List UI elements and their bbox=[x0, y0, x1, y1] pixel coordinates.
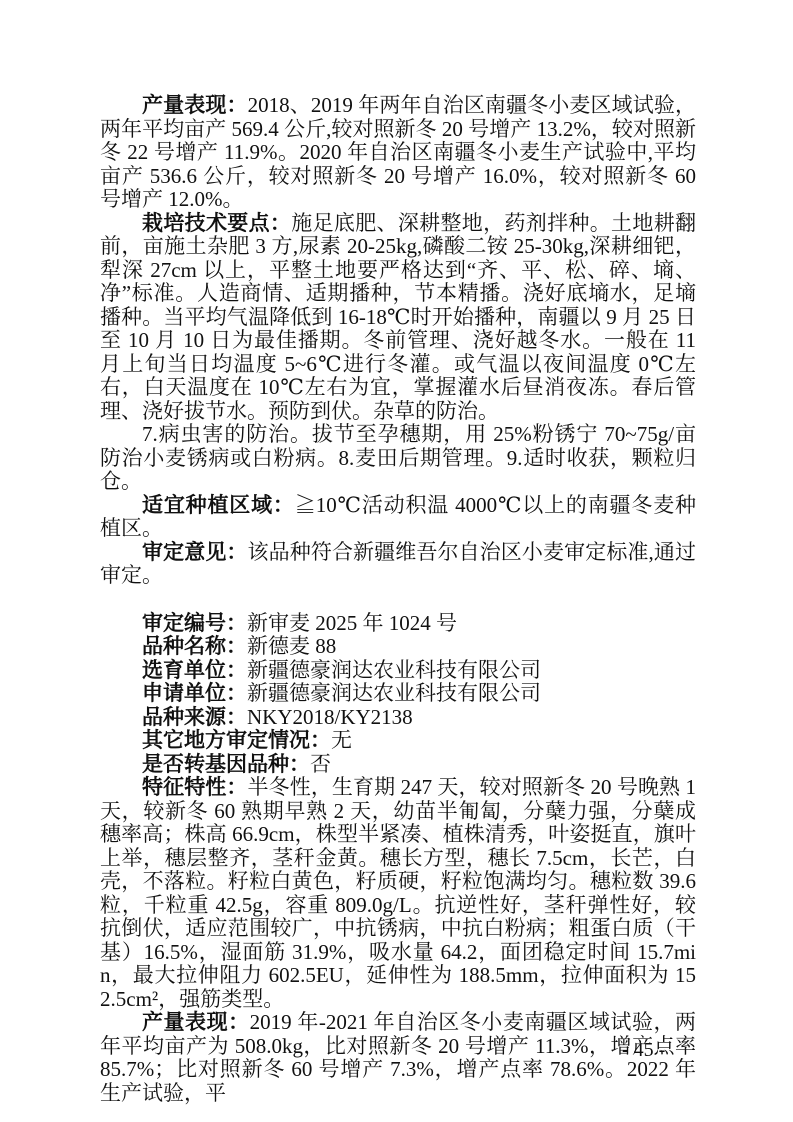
paragraph-approval-opinion: 审定意见：该品种符合新疆维吾尔自治区小麦审定标准,通过审定。 bbox=[100, 541, 696, 588]
field-value: 新审麦 2025 年 1024 号 bbox=[247, 611, 457, 635]
field-value: 新疆德豪润达农业科技有限公司 bbox=[247, 681, 541, 705]
field-value: 新疆德豪润达农业科技有限公司 bbox=[247, 658, 541, 682]
page-number: - 45 - bbox=[622, 1038, 665, 1062]
field-label: 是否转基因品种： bbox=[142, 752, 310, 776]
field-value: 无 bbox=[331, 728, 352, 752]
field-variety-name: 品种名称：新德麦 88 bbox=[100, 635, 696, 659]
field-breeding-unit: 选育单位：新疆德豪润达农业科技有限公司 bbox=[100, 659, 696, 683]
paragraph-label: 适宜种植区域： bbox=[142, 493, 295, 517]
field-label: 审定编号： bbox=[142, 611, 247, 635]
paragraph-cultivation: 栽培技术要点：施足底肥、深耕整地，药剂拌种。土地耕翻前，亩施土杂肥 3 方,尿素… bbox=[100, 212, 696, 424]
paragraph-text: 施足底肥、深耕整地，药剂拌种。土地耕翻前，亩施土杂肥 3 方,尿素 20-25k… bbox=[100, 211, 696, 423]
field-value: 否 bbox=[310, 752, 331, 776]
paragraph-text: 半冬性，生育期 247 天，较对照新冬 20 号晚熟 1 天，较新冬 60 熟期… bbox=[100, 775, 696, 1011]
field-applicant-unit: 申请单位：新疆德豪润达农业科技有限公司 bbox=[100, 682, 696, 706]
field-other-approvals: 其它地方审定情况：无 bbox=[100, 729, 696, 753]
field-label: 品种名称： bbox=[142, 634, 247, 658]
paragraph-characteristics: 特征特性：半冬性，生育期 247 天，较对照新冬 20 号晚熟 1 天，较新冬 … bbox=[100, 776, 696, 1011]
paragraph-label: 产量表现： bbox=[142, 1010, 250, 1034]
paragraph-suitable-region: 适宜种植区域：≧10℃活动积温 4000℃以上的南疆冬麦种植区。 bbox=[100, 494, 696, 541]
paragraph-label: 栽培技术要点： bbox=[142, 211, 291, 235]
field-transgenic: 是否转基因品种：否 bbox=[100, 753, 696, 777]
text-block: 产量表现：2018、2019 年两年自治区南疆冬小麦区域试验，两年平均亩产 56… bbox=[100, 94, 696, 1105]
field-label: 品种来源： bbox=[142, 705, 247, 729]
paragraph-label: 审定意见： bbox=[142, 540, 248, 564]
field-value: 新德麦 88 bbox=[247, 634, 336, 658]
field-variety-source: 品种来源：NKY2018/KY2138 bbox=[100, 706, 696, 730]
paragraph-label: 特征特性： bbox=[142, 775, 248, 799]
paragraph-label: 产量表现： bbox=[142, 93, 248, 117]
field-label: 其它地方审定情况： bbox=[142, 728, 331, 752]
field-approval-number: 审定编号：新审麦 2025 年 1024 号 bbox=[100, 612, 696, 636]
field-value: NKY2018/KY2138 bbox=[247, 705, 413, 729]
paragraph-yield-2019: 产量表现：2019 年-2021 年自治区冬小麦南疆区域试验，两年平均亩产为 5… bbox=[100, 1011, 696, 1105]
field-label: 申请单位： bbox=[142, 681, 247, 705]
field-label: 选育单位： bbox=[142, 658, 247, 682]
section-gap bbox=[100, 588, 696, 612]
paragraph-text: 7.病虫害的防治。拔节至孕穗期，用 25%粉锈宁 70~75g/亩防治小麦锈病或… bbox=[100, 422, 696, 493]
paragraph-yield-2018: 产量表现：2018、2019 年两年自治区南疆冬小麦区域试验，两年平均亩产 56… bbox=[100, 94, 696, 212]
document-page: 产量表现：2018、2019 年两年自治区南疆冬小麦区域试验，两年平均亩产 56… bbox=[0, 0, 793, 1122]
paragraph-pest-control: 7.病虫害的防治。拔节至孕穗期，用 25%粉锈宁 70~75g/亩防治小麦锈病或… bbox=[100, 423, 696, 494]
